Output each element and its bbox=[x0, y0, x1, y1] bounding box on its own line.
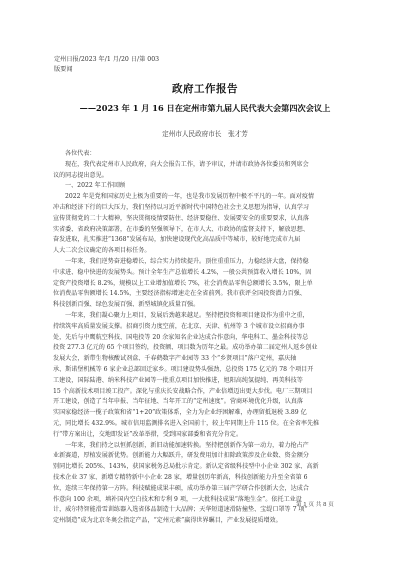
paragraph-line: 承、斯诺堡机械等 6 家企业总部回迁家乡。项目建设势头强劲，总投资 175 亿元… bbox=[53, 365, 358, 376]
paragraph-line: 宣传贯彻党的二十大精神，坚决贯彻疫情要防住、经济要稳住、发展要安全的重要要求，认… bbox=[53, 214, 358, 225]
paragraph-line: 开工建设，创造了当年申报、当年征地、当年开工的“定州速度”。营商环境优化升级，认… bbox=[53, 397, 358, 408]
paragraph-line: 人大二次会议确定的各项目标任务。 bbox=[53, 246, 358, 257]
document-page: 定州日报/2023 年/1 月/20 日/第 003 版要闻 政府工作报告 ——… bbox=[0, 0, 410, 580]
paragraph-line: 持续筑牢高质量发展支撑。招商引资力度空前，在北京、天津、杭州等 3 个城市设立招… bbox=[53, 322, 358, 333]
paragraph-line: 冲击和经济下行的巨大压力，我们坚持以习近平新时代中国特色社会主义思想为指导，认真… bbox=[53, 203, 358, 214]
paragraph-line: 位消费品零售额增长 14.5%，主要经济指标增速走在全省前列。我市获评全国投资潜… bbox=[53, 289, 358, 300]
source-line: 定州日报/2023 年/1 月/20 日/第 003 bbox=[54, 55, 159, 65]
paragraph-line: 发展大会，新带生物核酸试剂盒、千春鹤数字产业园等 33 个“乡贤项目”落户定州，… bbox=[53, 354, 358, 365]
paragraph-line: 2022 年是党和国家历史上极为重要的一年，也是我市发展历程中极不平凡的一年。面… bbox=[53, 192, 358, 203]
paragraph-line: 各位代表： bbox=[53, 149, 358, 160]
paragraph-line: 一年来，我们持之以恒抓创新，新旧动能加速转换。坚持把创新作为第一动力，着力抢占产 bbox=[53, 441, 358, 452]
paragraph-line: 中求进、稳中快进的发展势头。预计全年生产总值增长 4.2%，一般公共预算收入增长… bbox=[53, 268, 358, 279]
paragraph-line: 业新赛道，厚植发展新优势。创新能力大幅跃升，研发费用加计扣除政策涉及企业数、资金… bbox=[53, 451, 358, 462]
paragraph-line: 投资 277.3 亿元的 65 个项目签约，投资额、项目数为历年之最。成功举办第… bbox=[53, 343, 358, 354]
paragraph-line: 位，连续三年保持第一方阵。科技赋能成果丰硕，成功举办第三届产学研合作创新大会，达… bbox=[53, 484, 358, 495]
paragraph-line: 实省委、省政府决策部署，在市委的坚强领导下，在市人大、市政协的监督支持下，解放思… bbox=[53, 225, 358, 236]
source-info: 定州日报/2023 年/1 月/20 日/第 003 版要闻 bbox=[54, 55, 159, 75]
paragraph-line: 别同比增长 205%、143%，获国家税务总局批示肯定。新认定省级科技型中小企业… bbox=[53, 462, 358, 473]
document-title: 政府工作报告 bbox=[0, 81, 410, 96]
paragraph-line: 议的同志提出意见。 bbox=[53, 171, 358, 182]
paragraph-line: 元，同比增长 432.9%。城市信用监测排名进入全国前十，较上年同期上升 115… bbox=[53, 419, 358, 430]
paragraph-line: 现在，我代表定州市人民政府，向大会报告工作，请予审议，并请市政协各位委员和列席会 bbox=[53, 160, 358, 171]
paragraph-line: 一年来，我们凝心聚力上项目，发展后劲越来越足。坚持把投资和项目建设作为重中之重， bbox=[53, 311, 358, 322]
page-number: 第 1 页 共 8 页 bbox=[296, 500, 334, 508]
paragraph-line: 一年来，我们逆势奋进稳增长，综合实力持续提升。顶住重重压力，力稳经济大盘，保持稳 bbox=[53, 257, 358, 268]
paragraph-line: 实国家稳经济一揽子政策和省“1+20”政策体系，全力为企业纾困解难，办理留抵退税… bbox=[53, 408, 358, 419]
paragraph-line: 技术企业 37 家、新增专精特新中小企业 28 家，增量创历年新高，科技创新能力… bbox=[53, 473, 358, 484]
document-subtitle: ——2023 年 1 月 16 日在定州市第九届人民代表大会第四次会议上 bbox=[0, 103, 410, 114]
paragraph-line: 定资产投资增长 8.2%，规模以上工业增加值增长 7%，社会消费品零售总额增长 … bbox=[53, 279, 358, 290]
document-author: 定州市人民政府市长 张才芳 bbox=[0, 128, 410, 138]
source-line-2: 版要闻 bbox=[54, 65, 159, 75]
paragraph-line: 工建设，国际陆港、纳米科技产业园等一批重点项目加快推进，旭阳高纯氢提纯、再美科技… bbox=[53, 376, 358, 387]
paragraph-line: 15 个高新技术项目竣工投产。深化与重庆长安战略合作，产业倍增迈出更大步伐。电厂… bbox=[53, 387, 358, 398]
paragraph-line: 一、2022 年工作回顾 bbox=[53, 181, 358, 192]
paragraph-line: 科技创新百强、绿色发展百强、新型城镇化质量百强。 bbox=[53, 300, 358, 311]
paragraph-line: 奋发进取，扎实推进“1368”发展布局，加快建设现代化高品质中等城市，较好地完成… bbox=[53, 235, 358, 246]
paragraph-line: 定州制造”成为北京冬奥会指定产品，“定州元素”赢得世界瞩目，产业发展提质增效。 bbox=[53, 516, 358, 527]
document-body: 各位代表：现在，我代表定州市人民政府，向大会报告工作，请予审议，并请市政协各位委… bbox=[53, 149, 358, 527]
paragraph-line: 处，先后与中鹰航空科技、国电投等 20 余家知名企业达成合作意向，华电科工、墨金… bbox=[53, 333, 358, 344]
paragraph-line: 行“带方案出让，交地即发证”改革举措，受到国家部委和省充分肯定。 bbox=[53, 430, 358, 441]
